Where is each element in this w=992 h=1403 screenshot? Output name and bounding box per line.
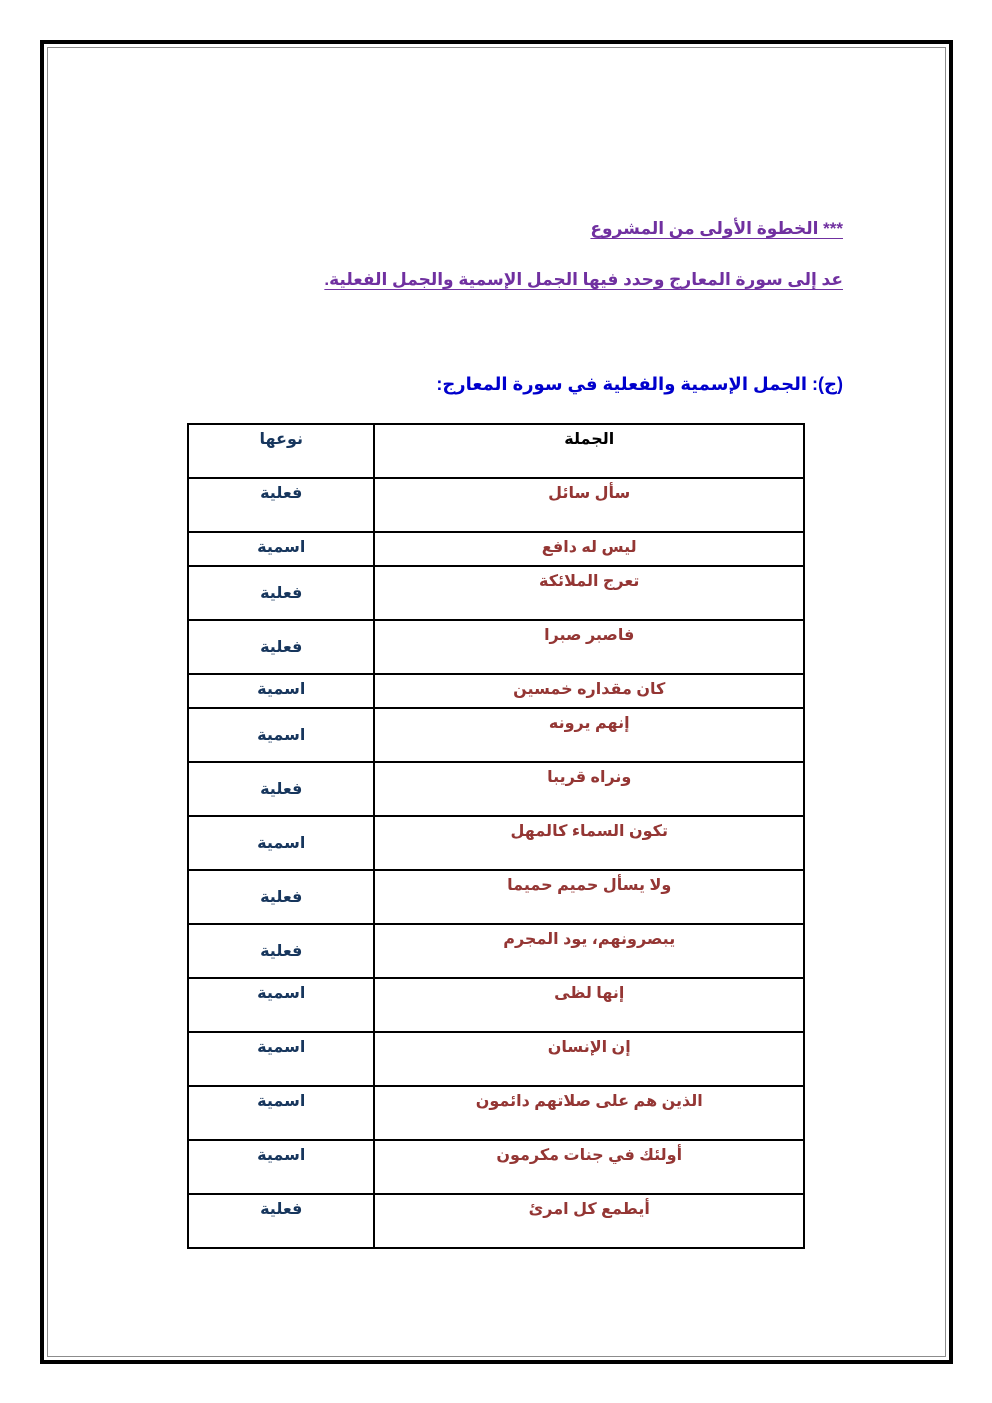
table-row: أولئك في جنات مكرمون اسمية xyxy=(188,1140,804,1194)
sentence-cell: أولئك في جنات مكرمون xyxy=(374,1140,804,1194)
table-row: إن الإنسان اسمية xyxy=(188,1032,804,1086)
sentence-cell: سأل سائل xyxy=(374,478,804,532)
table-row: تكون السماء كالمهل اسمية xyxy=(188,816,804,870)
type-cell: اسمية xyxy=(188,1140,374,1194)
table-header-row: الجملة نوعها xyxy=(188,424,804,478)
sentence-cell: أيطمع كل امرئ xyxy=(374,1194,804,1248)
sentence-cell: تكون السماء كالمهل xyxy=(374,816,804,870)
table-row: ليس له دافع اسمية xyxy=(188,532,804,566)
table-row: تعرج الملائكة فعلية xyxy=(188,566,804,620)
sentence-cell: فاصبر صبرا xyxy=(374,620,804,674)
column-header-sentence: الجملة xyxy=(374,424,804,478)
type-cell: فعلية xyxy=(188,478,374,532)
type-cell: فعلية xyxy=(188,870,374,924)
section-subheading: (ج): الجمل الإسمية والفعلية في سورة المع… xyxy=(436,374,843,395)
heading-task-instruction: عد إلى سورة المعارج وحدد فيها الجمل الإس… xyxy=(324,270,843,290)
sentences-table: الجملة نوعها سأل سائل فعلية ليس له دافع … xyxy=(187,423,805,1249)
type-cell: فعلية xyxy=(188,924,374,978)
sentence-cell: إنها لظى xyxy=(374,978,804,1032)
sentence-cell: يبصرونهم، يود المجرم xyxy=(374,924,804,978)
sentence-cell: الذين هم على صلاتهم دائمون xyxy=(374,1086,804,1140)
type-cell: فعلية xyxy=(188,566,374,620)
sentence-cell: ونراه قريبا xyxy=(374,762,804,816)
table-row: ولا يسأل حميم حميما فعلية xyxy=(188,870,804,924)
table-row: أيطمع كل امرئ فعلية xyxy=(188,1194,804,1248)
type-cell: اسمية xyxy=(188,708,374,762)
type-cell: فعلية xyxy=(188,620,374,674)
sentence-cell: ليس له دافع xyxy=(374,532,804,566)
column-header-type: نوعها xyxy=(188,424,374,478)
table-row: إنها لظى اسمية xyxy=(188,978,804,1032)
type-cell: فعلية xyxy=(188,1194,374,1248)
table-row: يبصرونهم، يود المجرم فعلية xyxy=(188,924,804,978)
sentence-cell: ولا يسأل حميم حميما xyxy=(374,870,804,924)
type-cell: فعلية xyxy=(188,762,374,816)
table-row: سأل سائل فعلية xyxy=(188,478,804,532)
table-row: إنهم يرونه اسمية xyxy=(188,708,804,762)
table-row: فاصبر صبرا فعلية xyxy=(188,620,804,674)
sentence-cell: تعرج الملائكة xyxy=(374,566,804,620)
sentence-cell: إن الإنسان xyxy=(374,1032,804,1086)
type-cell: اسمية xyxy=(188,1086,374,1140)
table-row: الذين هم على صلاتهم دائمون اسمية xyxy=(188,1086,804,1140)
type-cell: اسمية xyxy=(188,816,374,870)
type-cell: اسمية xyxy=(188,674,374,708)
sentence-cell: إنهم يرونه xyxy=(374,708,804,762)
sentence-cell: كان مقداره خمسين xyxy=(374,674,804,708)
type-cell: اسمية xyxy=(188,1032,374,1086)
type-cell: اسمية xyxy=(188,978,374,1032)
heading-project-step: *** الخطوة الأولى من المشروع xyxy=(590,219,843,239)
type-cell: اسمية xyxy=(188,532,374,566)
table-row: ونراه قريبا فعلية xyxy=(188,762,804,816)
table-row: كان مقداره خمسين اسمية xyxy=(188,674,804,708)
